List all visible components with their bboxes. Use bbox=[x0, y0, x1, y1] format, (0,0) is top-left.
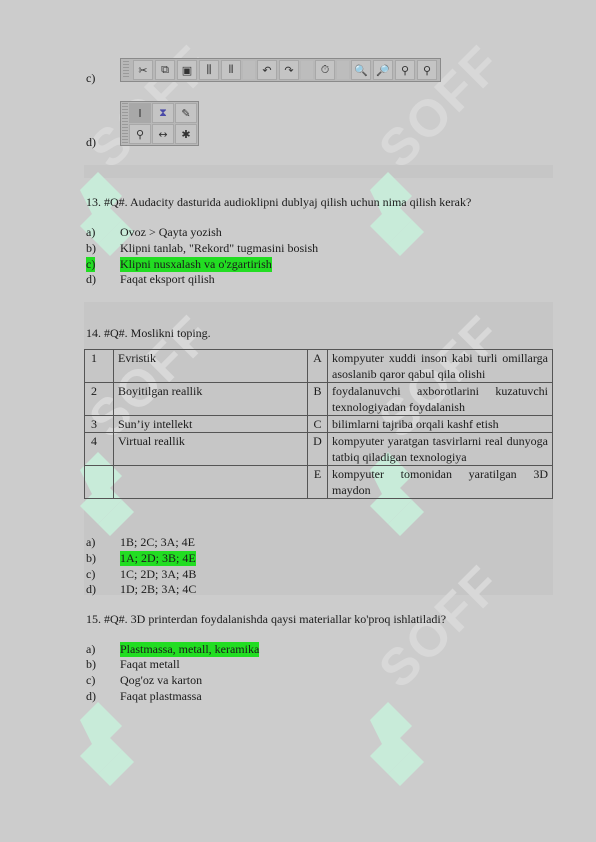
table-row: 1 Evristik A kompyuter xuddi inson kabi … bbox=[85, 350, 553, 383]
tools-toolbar-image: I ⧗ ✎ ⚲ ↔ ✱ bbox=[120, 101, 199, 146]
question-13-title: 13. #Q#. Audacity dasturida audioklipni … bbox=[86, 195, 471, 210]
sync-lock-icon: ⏱ bbox=[315, 60, 335, 80]
soff-logo-icon bbox=[80, 690, 140, 810]
copy-icon: ⧉ bbox=[155, 60, 175, 80]
redo-icon: ↷ bbox=[279, 60, 299, 80]
option-label: c) bbox=[86, 673, 95, 688]
toolbar-grip bbox=[122, 103, 128, 144]
soff-logo-icon bbox=[370, 160, 430, 280]
option-text: Qog'oz va karton bbox=[120, 673, 202, 688]
zoom-out-icon: 🔎 bbox=[373, 60, 393, 80]
fit-selection-icon: ⚲ bbox=[395, 60, 415, 80]
option-label: a) bbox=[86, 642, 95, 657]
selection-tool-icon: I bbox=[129, 103, 151, 123]
fit-project-icon: ⚲ bbox=[417, 60, 437, 80]
option-text: Ovoz > Qayta yozish bbox=[120, 225, 222, 240]
option-text-correct: Plastmassa, metall, keramika bbox=[120, 642, 259, 657]
shade-band bbox=[84, 165, 553, 178]
table-row: E kompyuter tomonidan yaratilgan 3D mayd… bbox=[85, 466, 553, 499]
option-label: b) bbox=[86, 551, 96, 566]
option-text: 1D; 2B; 3A; 4C bbox=[120, 582, 196, 597]
cut-icon: ✂ bbox=[133, 60, 153, 80]
option-label: c) bbox=[86, 71, 95, 86]
zoom-tool-icon: ⚲ bbox=[129, 124, 151, 144]
option-label: b) bbox=[86, 241, 96, 256]
option-label-correct: c) bbox=[86, 257, 95, 272]
toolbar-grip bbox=[123, 61, 129, 79]
option-label: b) bbox=[86, 657, 96, 672]
option-label: d) bbox=[86, 135, 96, 150]
soff-logo-icon bbox=[370, 690, 430, 810]
option-text: Faqat metall bbox=[120, 657, 180, 672]
undo-icon: ↶ bbox=[257, 60, 277, 80]
question-14-title: 14. #Q#. Moslikni toping. bbox=[86, 326, 211, 341]
option-label: d) bbox=[86, 582, 96, 597]
option-text: Faqat plastmassa bbox=[120, 689, 202, 704]
option-label: a) bbox=[86, 535, 95, 550]
option-text: 1C; 2D; 3A; 4B bbox=[120, 567, 196, 582]
draw-tool-icon: ✎ bbox=[175, 103, 197, 123]
table-row: 2 Boyitilgan reallik B foydalanuvchi axb… bbox=[85, 383, 553, 416]
multi-tool-icon: ✱ bbox=[175, 124, 197, 144]
envelope-tool-icon: ⧗ bbox=[152, 103, 174, 123]
time-shift-tool-icon: ↔ bbox=[152, 124, 174, 144]
question-15-title: 15. #Q#. 3D printerdan foydalanishda qay… bbox=[86, 612, 446, 627]
edit-toolbar-image: ✂ ⧉ ▣ ⫼ ⫴ ↶ ↷ ⏱ 🔍 🔎 ⚲ ⚲ bbox=[120, 58, 441, 82]
option-label: d) bbox=[86, 272, 96, 287]
trim-icon: ⫼ bbox=[199, 60, 219, 80]
option-label: d) bbox=[86, 689, 96, 704]
option-text: Faqat eksport qilish bbox=[120, 272, 215, 287]
silence-icon: ⫴ bbox=[221, 60, 241, 80]
option-text-correct: Klipni nusxalash va o'zgartirish bbox=[120, 257, 272, 272]
table-row: 4 Virtual reallik D kompyuter yaratgan t… bbox=[85, 433, 553, 466]
option-text: Klipni tanlab, "Rekord" tugmasini bosish bbox=[120, 241, 318, 256]
matching-table: 1 Evristik A kompyuter xuddi inson kabi … bbox=[84, 349, 553, 499]
paste-icon: ▣ bbox=[177, 60, 197, 80]
option-text-correct: 1A; 2D; 3B; 4E bbox=[120, 551, 196, 566]
table-row: 3 Sun’iy intellekt C bilimlarni tajriba … bbox=[85, 416, 553, 433]
option-label: c) bbox=[86, 567, 95, 582]
option-label: a) bbox=[86, 225, 95, 240]
zoom-in-icon: 🔍 bbox=[351, 60, 371, 80]
option-text: 1B; 2C; 3A; 4E bbox=[120, 535, 195, 550]
